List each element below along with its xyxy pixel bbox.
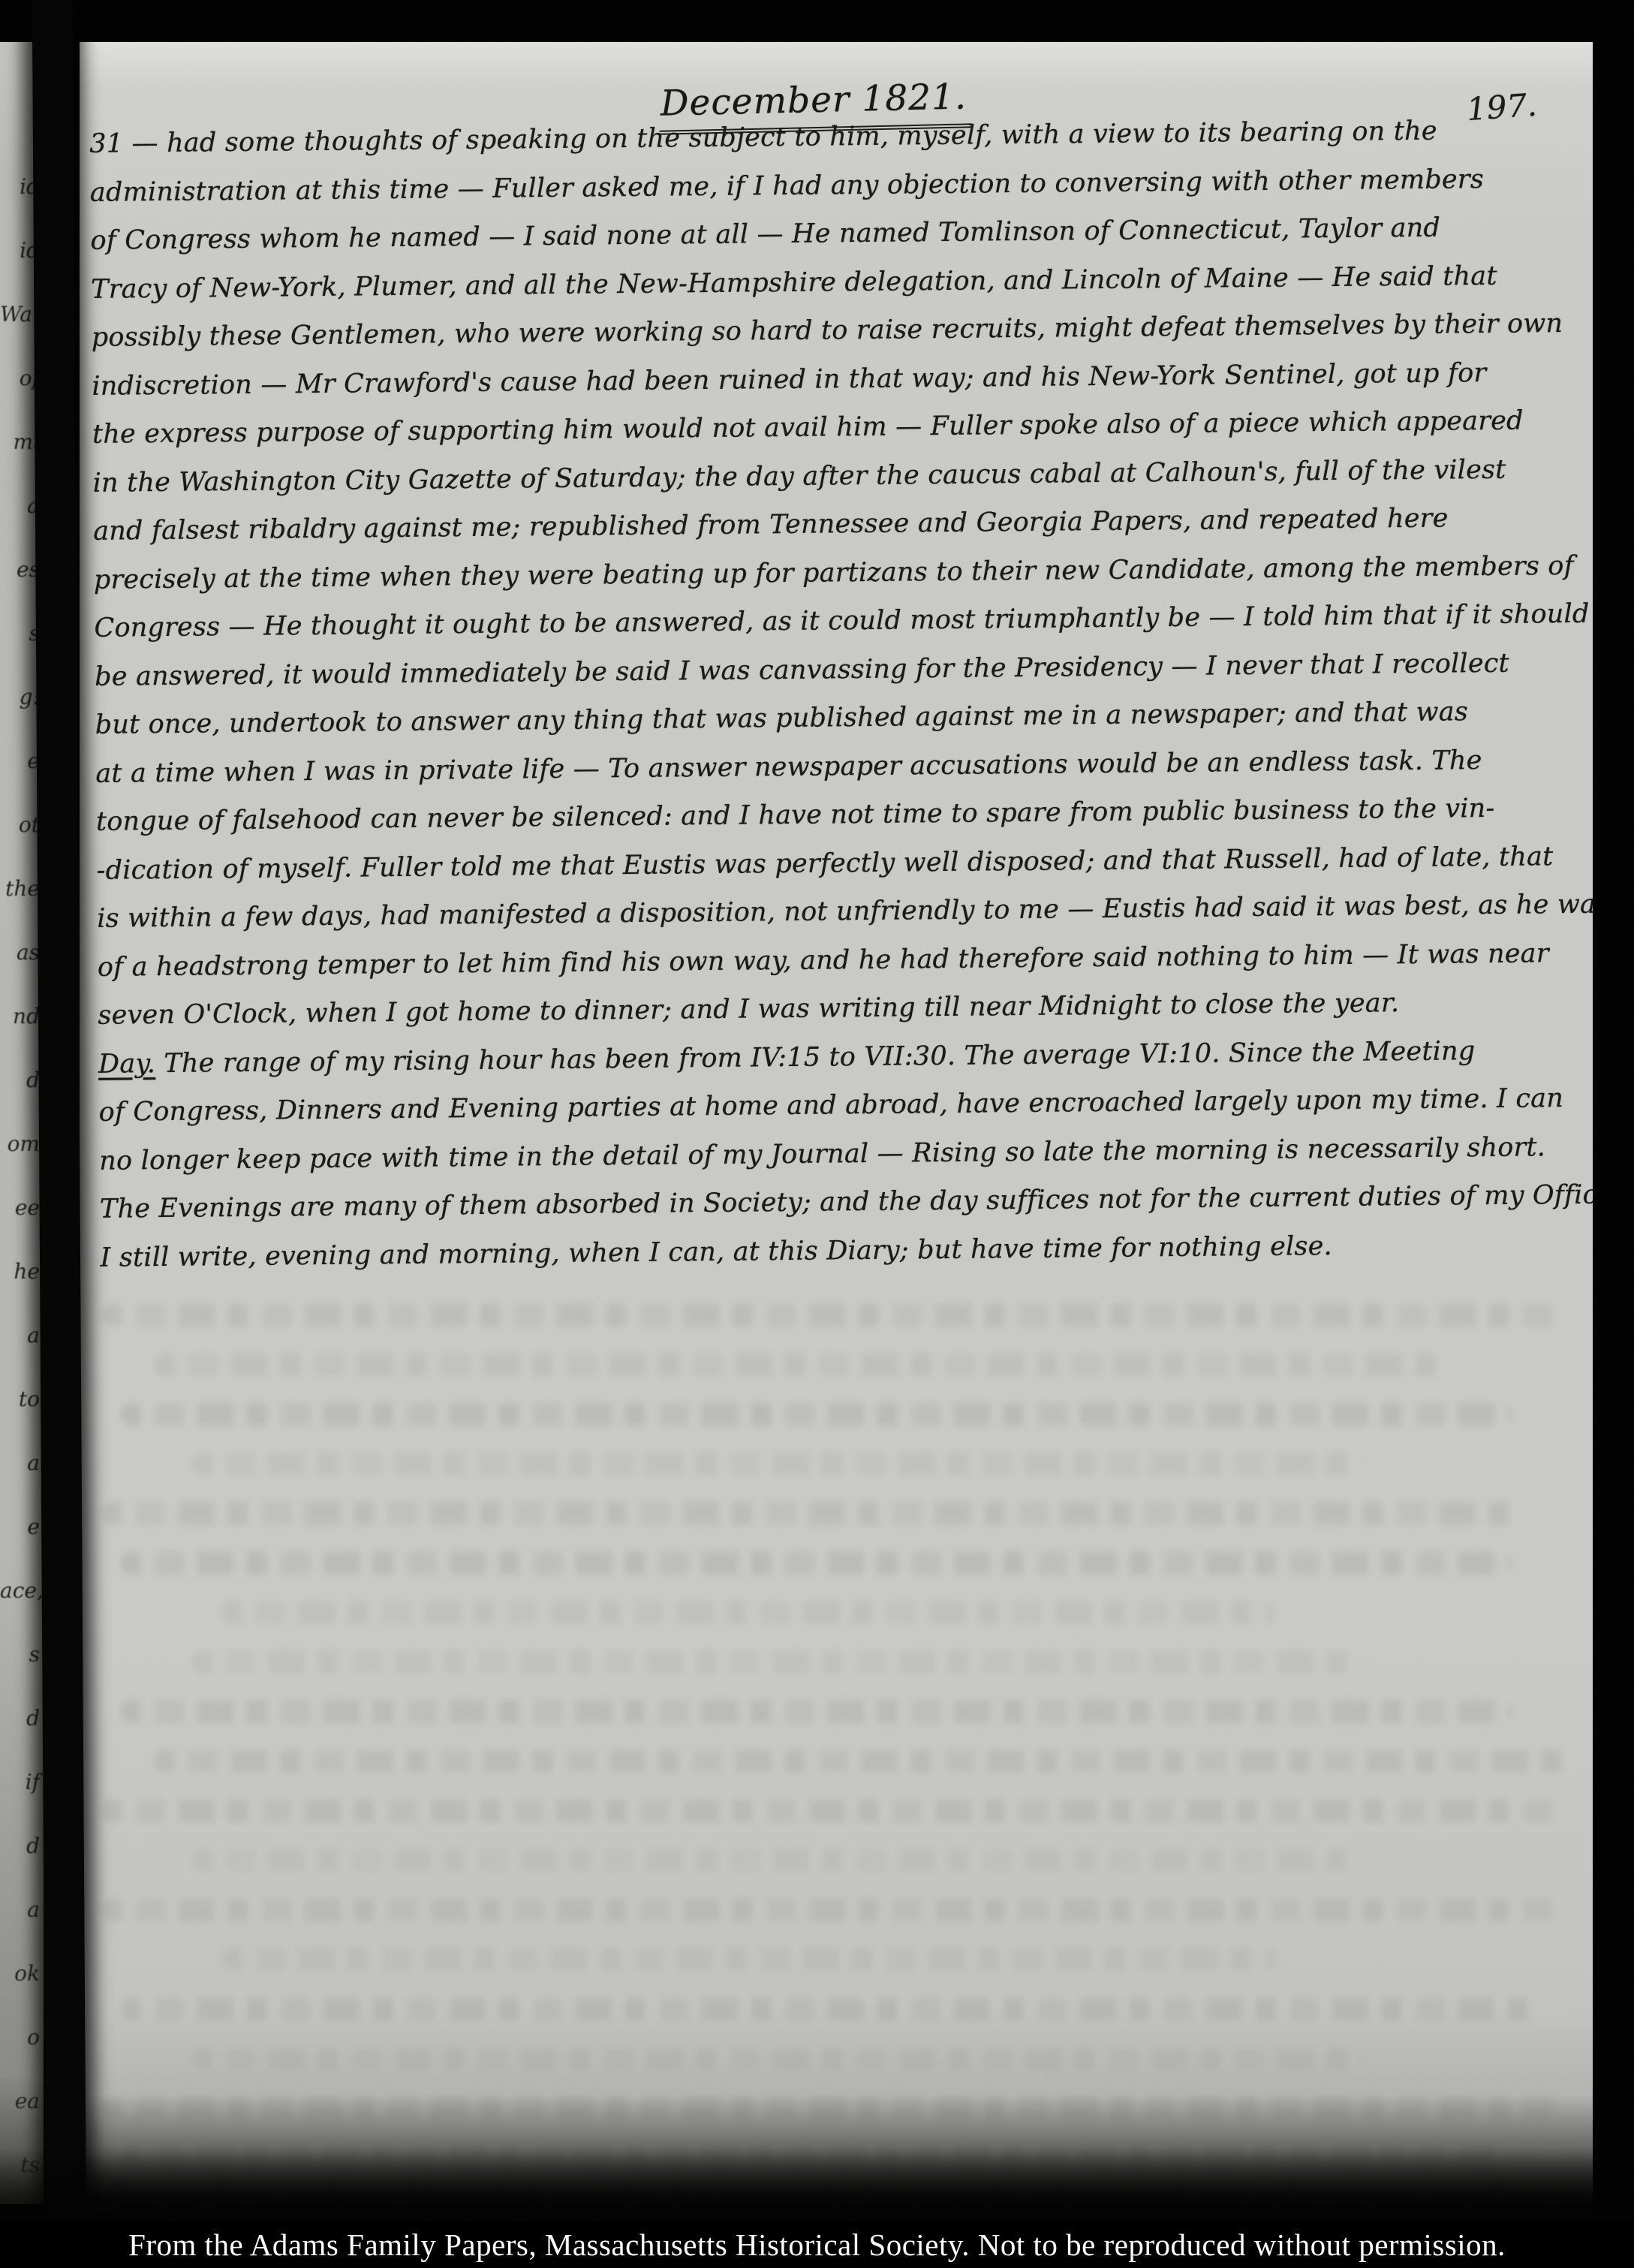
credit-bar: From the Adams Family Papers, Massachuse… bbox=[0, 2221, 1634, 2268]
margin-text-fragment: he bbox=[0, 1239, 44, 1303]
ink-bleed-through bbox=[102, 1277, 1566, 2170]
margin-text-fragment: ok bbox=[0, 1941, 44, 2005]
margin-text-fragment: o bbox=[0, 2005, 44, 2069]
margin-text-fragment: if bbox=[0, 1750, 44, 1814]
margin-text-fragment: s bbox=[0, 1622, 44, 1686]
bleed-through-line bbox=[121, 1700, 1512, 1723]
margin-text-fragment: e bbox=[0, 1495, 44, 1559]
bleed-through-line bbox=[192, 1453, 1363, 1475]
bleed-through-line bbox=[192, 2047, 1363, 2070]
bleed-through-line bbox=[222, 1948, 1276, 1971]
margin-text-fragment: ee bbox=[0, 1176, 44, 1239]
margin-text-fragment: as bbox=[0, 920, 44, 984]
bleed-through-line bbox=[102, 1899, 1566, 1921]
bleed-through-line bbox=[102, 1800, 1566, 1822]
margin-text-fragment: a bbox=[0, 1878, 44, 1941]
bleed-through-line bbox=[121, 1552, 1512, 1574]
margin-text-fragment: d bbox=[0, 1686, 44, 1750]
scanned-diary-page: { "page": { "heading": "December 1821.",… bbox=[0, 0, 1634, 2268]
bleed-through-line bbox=[121, 1403, 1512, 1426]
bleed-through-line bbox=[222, 1601, 1276, 1624]
margin-text-fragment: a bbox=[0, 1431, 44, 1495]
scan-bottom-shadow bbox=[0, 2147, 1634, 2222]
bleed-through-line bbox=[102, 1304, 1566, 1327]
credit-text: From the Adams Family Papers, Massachuse… bbox=[128, 2227, 1506, 2263]
margin-text-fragment: ace, bbox=[0, 1559, 44, 1622]
diary-page: December 1821. 197. 31 — had some though… bbox=[80, 42, 1593, 2222]
manuscript-text: 31 — had some thoughts of speaking on th… bbox=[80, 106, 1593, 1282]
margin-text-fragment: to bbox=[0, 1367, 44, 1431]
bleed-through-line bbox=[192, 1651, 1363, 1673]
bleed-through-line bbox=[155, 1354, 1443, 1376]
bleed-through-line bbox=[155, 1750, 1575, 1773]
margin-text-fragment: d bbox=[0, 1048, 44, 1112]
margin-text-fragment: nd bbox=[0, 984, 44, 1048]
margin-text-fragment: ea bbox=[0, 2069, 44, 2133]
bleed-through-line bbox=[102, 1502, 1522, 1525]
margin-text-fragment: a bbox=[0, 1303, 44, 1367]
margin-text-fragment: om bbox=[0, 1112, 44, 1176]
margin-text-fragment: d bbox=[0, 1814, 44, 1878]
bleed-through-line bbox=[192, 1849, 1363, 1872]
bleed-through-line bbox=[121, 1998, 1541, 2020]
